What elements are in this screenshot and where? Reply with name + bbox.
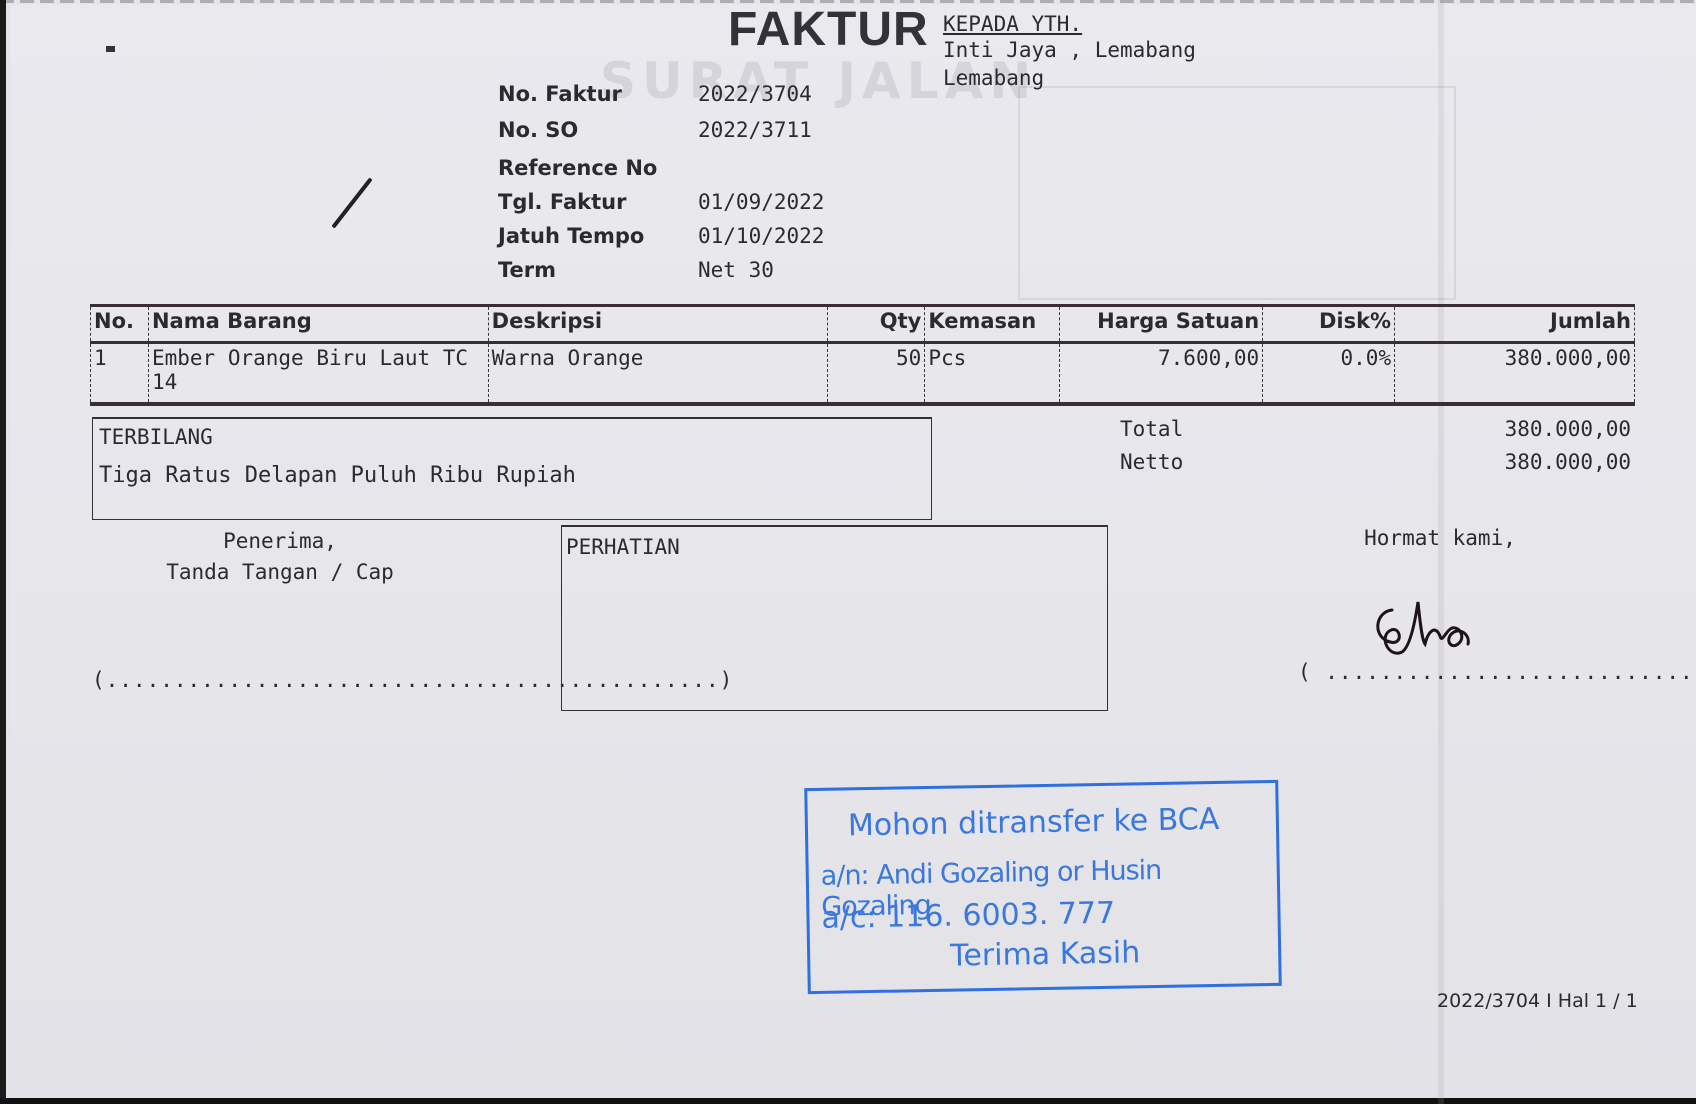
cell-no: 1 [91, 343, 149, 405]
meta-label: Jatuh Tempo [498, 224, 644, 248]
perhatian-label: PERHATIAN [566, 535, 680, 559]
col-harga-satuan: Harga Satuan [1060, 306, 1263, 343]
signature-icon [1370, 592, 1490, 662]
recipient-line-1: Inti Jaya , Lemabang [943, 38, 1196, 62]
col-deskripsi: Deskripsi [488, 306, 828, 343]
cell-disk: 0.0% [1263, 343, 1395, 405]
meta-label: Term [498, 258, 556, 282]
sender-signature-line: ( ................................ ) [1298, 660, 1696, 684]
meta-value: 2022/3711 [698, 118, 812, 142]
col-nama-barang: Nama Barang [148, 306, 488, 343]
items-table: No. Nama Barang Deskripsi Qty Kemasan Ha… [90, 304, 1635, 406]
page-footer: 2022/3704 I Hal 1 / 1 [1437, 990, 1638, 1012]
col-qty: Qty [828, 306, 925, 343]
meta-label: Reference No [498, 156, 657, 180]
cell-harga-satuan: 7.600,00 [1060, 343, 1263, 405]
stamp-line-4: Terima Kasih [950, 935, 1141, 973]
printer-mark [106, 46, 115, 52]
total-label: Total [1120, 417, 1183, 441]
stamp-line-1: Mohon ditransfer ke BCA [848, 802, 1220, 843]
netto-value: 380.000,00 [1505, 450, 1631, 474]
recipient-label: KEPADA YTH. [943, 12, 1082, 36]
col-disk: Disk% [1263, 306, 1395, 343]
document-title: FAKTUR [728, 2, 929, 57]
netto-label: Netto [1120, 450, 1183, 474]
meta-label: No. Faktur [498, 82, 622, 106]
receiver-block: Penerima, Tanda Tangan / Cap [150, 526, 410, 588]
cell-kemasan: Pcs [925, 343, 1060, 405]
receiver-line-1: Penerima, [150, 526, 410, 557]
col-kemasan: Kemasan [925, 306, 1060, 343]
meta-value: 2022/3704 [698, 82, 812, 106]
meta-label: No. SO [498, 118, 578, 142]
scan-left-edge [0, 0, 6, 1104]
terbilang-label: TERBILANG [99, 425, 213, 449]
cell-qty: 50 [828, 343, 925, 405]
terbilang-box: TERBILANG Tiga Ratus Delapan Puluh Ribu … [92, 417, 932, 520]
stamp-line-3: a/c: 116. 6003. 777 [821, 896, 1115, 936]
col-jumlah: Jumlah [1395, 306, 1635, 343]
table-header-row: No. Nama Barang Deskripsi Qty Kemasan Ha… [91, 306, 1635, 343]
ghost-show-through-box [1018, 86, 1456, 300]
table-row: 1 Ember Orange Biru Laut TC 14 Warna Ora… [91, 343, 1635, 405]
total-value: 380.000,00 [1505, 417, 1631, 441]
meta-label: Tgl. Faktur [498, 190, 626, 214]
recipient-line-2: Lemabang [943, 66, 1044, 90]
terbilang-text: Tiga Ratus Delapan Puluh Ribu Rupiah [99, 463, 576, 488]
cell-deskripsi: Warna Orange [488, 343, 828, 405]
bank-transfer-stamp: Mohon ditransfer ke BCA a/n: Andi Gozali… [804, 780, 1282, 994]
meta-value: Net 30 [698, 258, 774, 282]
sender-label: Hormat kami, [1340, 526, 1540, 550]
perhatian-box: PERHATIAN [561, 525, 1108, 711]
cell-jumlah: 380.000,00 [1395, 343, 1635, 405]
meta-value: 01/10/2022 [698, 224, 824, 248]
col-no: No. [91, 306, 149, 343]
meta-value: 01/09/2022 [698, 190, 824, 214]
receiver-line-2: Tanda Tangan / Cap [150, 557, 410, 588]
cell-nama-barang: Ember Orange Biru Laut TC 14 [148, 343, 488, 405]
